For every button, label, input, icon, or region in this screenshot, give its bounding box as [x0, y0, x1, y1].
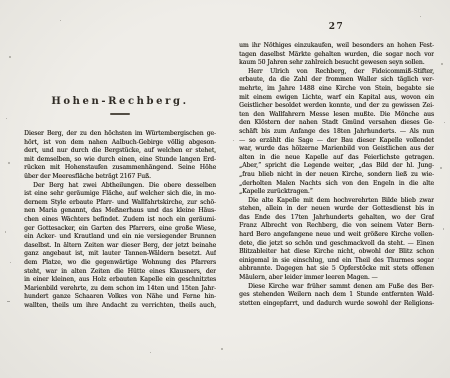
text-line: um ihr Nöthiges einzukaufen, weil besond… — [239, 42, 434, 51]
text-line: daselbst. In ältern Zeiten war dieser Be… — [24, 242, 216, 251]
scan-speck — [441, 63, 443, 65]
scan-speck — [6, 118, 7, 119]
text-line: den Klöstern der nahen Stadt Gmünd versa… — [239, 119, 434, 128]
scan-speck — [9, 56, 11, 58]
book-scan: Hohen-Rechberg. Dieser Berg, der zu den … — [0, 0, 450, 378]
text-line: dete, die jetzt so schön und geschmackvo… — [239, 240, 434, 249]
text-line: einigemal in sie einschlug, und ein Thei… — [239, 257, 434, 266]
text-line: ten den Wallfahrern Messe lesen mußte. D… — [239, 111, 434, 120]
right-page: 27 um ihr Nöthiges einzukaufen, weil bes… — [239, 22, 434, 308]
left-page-text: Dieser Berg, der zu den höchsten im Würt… — [24, 130, 216, 310]
scan-speck — [221, 348, 223, 350]
scan-speck — [10, 262, 11, 263]
text-line: tagen daselbst Märkte gehalten wurden, d… — [239, 51, 434, 60]
scan-speck — [443, 228, 444, 230]
page-number: 27 — [239, 22, 434, 32]
text-line: nen Maria genannt, das Meßnerhaus und da… — [24, 207, 216, 216]
text-line: stehen, allein in der neuen wurde der Go… — [239, 205, 434, 214]
text-line: ger Gottesacker, ein Garten des Pfarrers… — [24, 225, 216, 234]
scan-speck — [438, 258, 439, 259]
text-line: mit demselben, so wie durch einen, eine … — [24, 156, 216, 165]
scan-speck — [233, 140, 234, 141]
text-line: dert, und nur durch die Bergstücke, auf … — [24, 147, 216, 156]
scan-speck — [420, 16, 421, 17]
scan-speck — [440, 167, 442, 169]
chapter-heading: Hohen-Rechberg. — [24, 96, 216, 107]
text-line: steht, war in alten Zeiten die Hütte ein… — [24, 268, 216, 277]
left-page: Hohen-Rechberg. Dieser Berg, der zu den … — [24, 96, 216, 310]
text-line: dernem Style erbaute Pfarr- und Wallfahr… — [24, 199, 216, 208]
text-line: in einer kleinen, aus Holz erbauten Kape… — [24, 276, 216, 285]
text-line: erbaute, da die Zahl der frommen Waller … — [239, 76, 434, 85]
text-line: Mäulern, aber leider immer leeren Magen.… — [239, 274, 434, 283]
text-line: mit einem ewigen Lichte, warf ein Kapita… — [239, 94, 434, 103]
text-line: ist eine sehr geräumige Fläche, auf welc… — [24, 190, 216, 199]
text-line: „derholten Malen Nachts sich von den Eng… — [239, 180, 434, 189]
text-line: chen eines Wächters befindet. Zudem ist … — [24, 216, 216, 225]
heading-rule — [110, 113, 130, 115]
text-line: alten in die neue Kapelle auf das Feierl… — [239, 154, 434, 163]
text-line: mehrte, im Jahre 1488 eine Kirche von St… — [239, 85, 434, 94]
text-line: Franz Albrecht von Rechberg, die von sei… — [239, 222, 434, 231]
text-line: über der Meeresfläche beträgt 2167 Fuß. — [24, 173, 216, 182]
text-line: ganz angebaut ist, mit lauter Tannen-Wäl… — [24, 250, 216, 259]
scan-speck — [444, 122, 445, 123]
text-line: hard Bero angefangene neue und weit größ… — [239, 231, 434, 240]
text-line: rücken mit Hohenstaufen zusammenhängend.… — [24, 164, 216, 173]
scan-speck — [5, 231, 6, 233]
text-line: „frau blieb nicht in der neuen Kirche, s… — [239, 171, 434, 180]
text-line: stetten eingepfarrt, und dadurch wurde s… — [239, 300, 434, 309]
right-page-text: um ihr Nöthiges einzukaufen, weil besond… — [239, 42, 434, 308]
text-line: Blitzableiter hat diese Kirche nicht, ob… — [239, 248, 434, 257]
text-line: Dieser Berg, der zu den höchsten im Würt… — [24, 130, 216, 139]
text-line: Der Berg hat zwei Abtheilungen. Die ober… — [24, 182, 216, 191]
text-line: Geistlicher besoldet werden konnte, und … — [239, 102, 434, 111]
text-line: hört, ist von dem nahen Aalbuch-Gebirge … — [24, 139, 216, 148]
text-line: ein Acker- und Krautland und ein nie ver… — [24, 233, 216, 242]
text-line: — so erzählt die Sage — der Bau dieser K… — [239, 137, 434, 146]
scan-speck — [150, 352, 151, 353]
text-line: abbrannte. Dagegen hat sie 5 Opferstöcke… — [239, 265, 434, 274]
text-line: Diese Kirche war früher sammt denen am F… — [239, 283, 434, 292]
text-line: Die alte Kapelle mit dem hochverehrten B… — [239, 197, 434, 206]
text-line: kaum 50 Jahren sehr zahlreich besucht ge… — [239, 59, 434, 68]
text-line: wallten, theils um ihre Andacht zu verri… — [24, 302, 216, 311]
text-line: „Kapelle zurücktragen.“ — [239, 188, 434, 197]
scan-speck — [8, 162, 10, 164]
text-line: ges stehenden Weilern nach dem 1 Stunde … — [239, 291, 434, 300]
text-line: war, wurde das hölzerne Marienbild von G… — [239, 145, 434, 154]
text-line: das Ende des 17ten Jahrhunderts gehalten… — [239, 214, 434, 223]
text-line: schäft bis zum Anfange des 18ten Jahrhun… — [239, 128, 434, 137]
text-line: dem Platze, wo die gegenwärtige Wohnung … — [24, 259, 216, 268]
scan-speck — [60, 20, 61, 21]
text-line: hundert ganze Schaaren Volkes von Nähe u… — [24, 293, 216, 302]
text-line: „Aber,“ spricht die Legende weiter, „das… — [239, 162, 434, 171]
text-line: Herr Ulrich von Rechberg, der Fideicommi… — [239, 68, 434, 77]
scan-speck — [7, 301, 10, 302]
text-line: Marienbild verehrte, zu dem schon im 14t… — [24, 285, 216, 294]
